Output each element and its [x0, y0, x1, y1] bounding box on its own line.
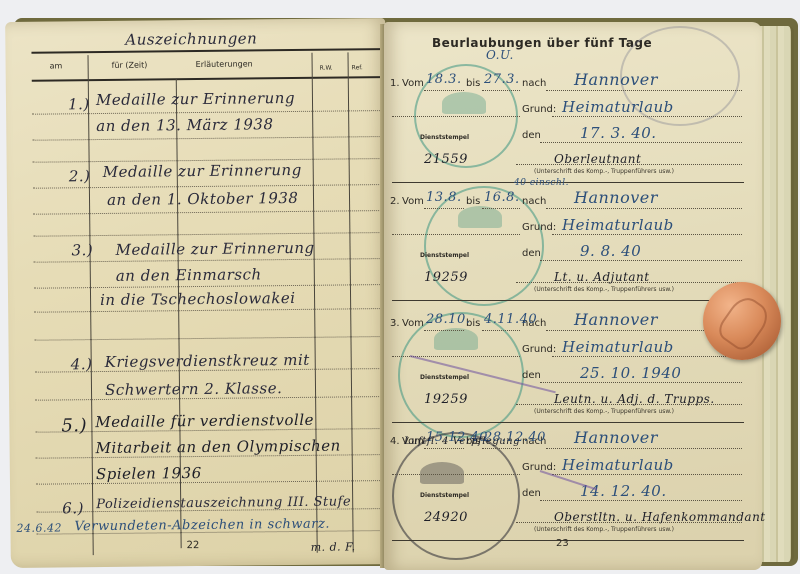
header-rule — [32, 76, 382, 82]
copper-coin — [703, 282, 781, 360]
leave-issue-date: 9. 8. 40 — [580, 242, 641, 260]
eagle-emblem-icon — [420, 462, 464, 484]
award-entry: Mitarbeit an den Olympischen — [96, 437, 341, 458]
dotted-field — [482, 448, 520, 449]
stamp-number: 19259 — [424, 392, 468, 407]
entry-number: 1. — [390, 78, 400, 89]
nach-label: nach — [522, 78, 546, 89]
nach-label: nach — [522, 196, 546, 207]
dotted-field — [552, 356, 742, 357]
dotted-rule — [33, 232, 383, 237]
dotted-field — [540, 260, 742, 261]
award-entry: Kriegsverdienstkreuz mit — [105, 351, 310, 371]
leave-reason: Heimaturlaub — [562, 216, 674, 234]
leave-reason: Heimaturlaub — [562, 338, 674, 356]
dotted-field — [540, 142, 742, 143]
leave-title: Beurlaubungen über fünf Tage — [432, 36, 652, 50]
dotted-field — [540, 382, 742, 383]
header-rule — [31, 48, 381, 54]
eagle-emblem-icon — [434, 328, 478, 350]
eagle-emblem-icon — [442, 92, 486, 114]
leave-destination: Hannover — [574, 310, 658, 329]
leave-destination: Hannover — [574, 70, 658, 89]
entry-number: 3. — [390, 318, 400, 329]
entry-number: 3.) — [71, 241, 93, 259]
entry-number: 1.) — [68, 95, 90, 113]
grund-label: Grund: — [522, 104, 556, 115]
award-entry: Medaille zur Erinnerung — [103, 161, 302, 181]
entry-number: 2.) — [69, 167, 91, 185]
leave-to-date: 4.11.40 — [484, 312, 537, 327]
section-rule — [392, 422, 744, 423]
dotted-field — [546, 448, 742, 449]
signature-caption: (Unterschrift des Komp.-, Truppenführers… — [534, 168, 674, 175]
stamp-label: Dienststempel — [420, 134, 469, 141]
dotted-field — [482, 90, 520, 91]
leave-from-date: 13.8. — [426, 190, 462, 205]
vom-label: Vom — [402, 78, 424, 89]
dotted-rule — [34, 308, 384, 313]
award-entry: Verwundeten-Abzeichen in schwarz. — [74, 517, 330, 535]
photo-scene: Auszeichnungen am für (Zeit) Erläuterung… — [0, 0, 800, 574]
leave-to-date: 16.8. — [484, 190, 520, 205]
dotted-field — [546, 90, 742, 91]
stamp-label: Dienststempel — [420, 252, 469, 259]
leave-destination: Hannover — [574, 188, 658, 207]
entry-number: 2. — [390, 196, 400, 207]
dotted-rule — [36, 480, 386, 485]
vom-label: Vom — [402, 196, 424, 207]
grund-label: Grund: — [522, 222, 556, 233]
leave-issue-date: 25. 10. 1940 — [580, 364, 681, 382]
entry-number: 5.) — [61, 415, 87, 436]
dotted-field — [552, 234, 742, 235]
dotted-field — [546, 208, 742, 209]
right-page: Beurlaubungen über fünf Tage 1.Vombisnac… — [384, 22, 762, 570]
award-entry: Medaille für verdienstvolle — [95, 411, 314, 431]
entry-number: 6.) — [62, 499, 84, 517]
leave-note: 40 einschl. — [514, 178, 569, 188]
column-header: Ref. — [352, 64, 363, 71]
officer-signature: Oberstltn. u. Hafenkommandant — [554, 510, 766, 524]
dotted-field — [552, 474, 742, 475]
signature-caption: (Unterschrift des Komp.-, Truppenführers… — [534, 286, 674, 293]
stamp-number: 21559 — [424, 152, 468, 167]
leave-to-date: 27.3. — [484, 72, 520, 87]
issue-place: O.U. — [486, 48, 514, 62]
column-header: am — [50, 61, 63, 70]
dotted-field — [424, 208, 464, 209]
award-entry: an den 13. März 1938 — [96, 115, 273, 135]
signature-caption: (Unterschrift des Komp.-, Truppenführers… — [534, 408, 674, 415]
awards-title: Auszeichnungen — [125, 29, 257, 48]
dotted-rule — [34, 284, 384, 289]
vom-label: Vom — [402, 318, 424, 329]
dotted-field — [424, 90, 464, 91]
award-entry: an den 1. Oktober 1938 — [107, 189, 299, 209]
page-number: 23 — [556, 538, 569, 549]
dotted-field — [424, 448, 464, 449]
column-header: Erläuterungen — [196, 59, 253, 69]
bis-label: bis — [466, 196, 480, 207]
award-entry: Spielen 1936 — [96, 464, 202, 483]
dotted-field — [392, 234, 520, 235]
award-entry: in die Tschechoslowakei — [100, 289, 296, 309]
award-entry: Schwertern 2. Klasse. — [105, 379, 282, 399]
den-label: den — [522, 130, 541, 141]
den-label: den — [522, 488, 541, 499]
leave-from-date: 28.10. — [426, 312, 470, 327]
officer-signature: Leutn. u. Adj. d. Trupps. — [554, 392, 715, 406]
stamp-number: 19259 — [424, 270, 468, 285]
dotted-field — [482, 330, 520, 331]
award-entry: an den Einmarsch — [116, 265, 262, 285]
eagle-emblem-icon — [458, 206, 502, 228]
stamp-text: Luftfl. 4 Verpflegung — [404, 436, 520, 447]
column-header: für (Zeit) — [112, 61, 148, 70]
leave-reason: Heimaturlaub — [562, 456, 674, 474]
leave-destination: Hannover — [574, 428, 658, 447]
award-entry: Medaille zur Erinnerung — [96, 89, 295, 109]
dotted-field — [540, 500, 742, 501]
section-rule — [392, 300, 744, 301]
entry-number: 4. — [390, 436, 400, 447]
dotted-field — [482, 208, 520, 209]
leave-issue-date: 17. 3. 40. — [580, 124, 657, 142]
grund-label: Grund: — [522, 344, 556, 355]
column-header: R.W. — [320, 65, 333, 72]
dotted-field — [392, 474, 520, 475]
officer-signature: Oberleutnant — [554, 152, 641, 166]
bis-label: bis — [466, 78, 480, 89]
leave-reason: Heimaturlaub — [562, 98, 674, 116]
den-label: den — [522, 370, 541, 381]
stamp-label: Dienststempel — [420, 374, 469, 381]
entry-number: 4.) — [71, 355, 93, 373]
dotted-rule — [32, 136, 382, 141]
page-number: 22 — [187, 540, 200, 551]
leave-issue-date: 14. 12. 40. — [580, 482, 667, 500]
dotted-field — [424, 330, 464, 331]
signature-note: m. d. F. — [311, 540, 356, 553]
stamp-number: 24920 — [424, 510, 468, 525]
dotted-field — [552, 116, 742, 117]
award-entry: Polizeidienstauszeichnung III. Stufe — [96, 494, 351, 512]
award-entry: Medaille zur Erinnerung — [115, 239, 314, 259]
den-label: den — [522, 248, 541, 259]
signature-caption: (Unterschrift des Komp.-, Truppenführers… — [534, 526, 674, 533]
dotted-rule — [34, 336, 384, 341]
officer-signature: Lt. u. Adjutant — [554, 270, 650, 284]
dotted-rule — [33, 210, 383, 215]
dotted-field — [392, 116, 520, 117]
left-page: Auszeichnungen am für (Zeit) Erläuterung… — [5, 18, 391, 568]
award-date: 24.6.42 — [16, 521, 62, 534]
leave-from-date: 18.3. — [426, 72, 462, 87]
stamp-label: Dienststempel — [420, 492, 469, 499]
